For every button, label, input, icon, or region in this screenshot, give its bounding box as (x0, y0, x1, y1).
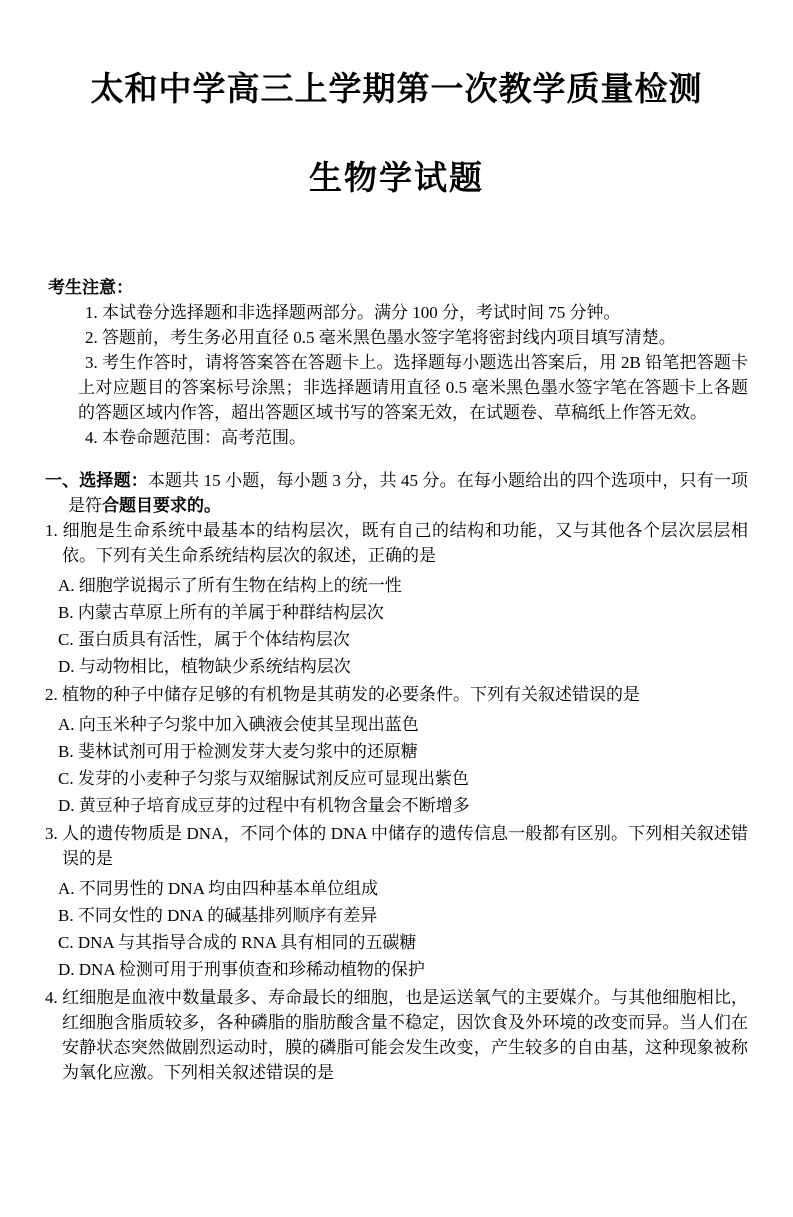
page-subtitle: 生物学试题 (45, 161, 748, 197)
notice-item: 4. 本卷命题范围：高考范围。 (45, 425, 748, 450)
option-item: A. 不同男性的 DNA 均由四种基本单位组成 (58, 876, 748, 901)
exam-paper-page: 太和中学高三上学期第一次教学质量检测 生物学试题 考生注意： 1. 本试卷分选择… (0, 0, 793, 1217)
option-item: B. 不同女性的 DNA 的碱基排列顺序有差异 (58, 903, 748, 928)
question-stem: 1. 细胞是生命系统中最基本的结构层次，既有自己的结构和功能，又与其他各个层次层… (45, 518, 748, 568)
option-item: A. 细胞学说揭示了所有生物在结构上的统一性 (58, 573, 748, 598)
section-heading: 一、选择题：本题共 15 小题，每小题 3 分，共 45 分。在每小题给出的四个… (45, 468, 748, 518)
notice-item: 2. 答题前，考生务必用直径 0.5 毫米黑色墨水签字笔将密封线内项目填写清楚。 (45, 325, 748, 350)
option-item: C. 发芽的小麦种子匀浆与双缩脲试剂反应可显现出紫色 (58, 766, 748, 791)
section-label: 一、选择题： (45, 471, 148, 490)
option-item: B. 斐林试剂可用于检测发芽大麦匀浆中的还原糖 (58, 739, 748, 764)
question-stem: 4. 红细胞是血液中数量最多、寿命最长的细胞，也是运送氧气的主要媒介。与其他细胞… (45, 985, 748, 1085)
option-item: D. DNA 检测可用于刑事侦查和珍稀动植物的保护 (58, 957, 748, 982)
section-intro-bold: 合题目要求的。 (102, 496, 221, 515)
notice-item: 1. 本试卷分选择题和非选择题两部分。满分 100 分，考试时间 75 分钟。 (45, 300, 748, 325)
option-item: C. 蛋白质具有活性，属于个体结构层次 (58, 627, 748, 652)
question-stem: 2. 植物的种子中储存足够的有机物是其萌发的必要条件。下列有关叙述错误的是 (45, 682, 748, 707)
options-group: A. 向玉米种子匀浆中加入碘液会使其呈现出蓝色 B. 斐林试剂可用于检测发芽大麦… (45, 712, 748, 818)
option-item: D. 黄豆种子培育成豆芽的过程中有机物含量会不断增多 (58, 793, 748, 818)
notice-item: 3. 考生作答时，请将答案答在答题卡上。选择题每小题选出答案后，用 2B 铅笔把… (45, 350, 748, 425)
option-item: B. 内蒙古草原上所有的羊属于种群结构层次 (58, 600, 748, 625)
question-block: 1. 细胞是生命系统中最基本的结构层次，既有自己的结构和功能，又与其他各个层次层… (45, 518, 748, 679)
question-block: 3. 人的遗传物质是 DNA，不同个体的 DNA 中储存的遗传信息一般都有区别。… (45, 821, 748, 982)
option-item: D. 与动物相比，植物缺少系统结构层次 (58, 654, 748, 679)
option-item: A. 向玉米种子匀浆中加入碘液会使其呈现出蓝色 (58, 712, 748, 737)
page-title: 太和中学高三上学期第一次教学质量检测 (45, 0, 748, 108)
notice-heading: 考生注意： (48, 275, 748, 300)
question-block: 2. 植物的种子中储存足够的有机物是其萌发的必要条件。下列有关叙述错误的是 A.… (45, 682, 748, 818)
options-group: A. 不同男性的 DNA 均由四种基本单位组成 B. 不同女性的 DNA 的碱基… (45, 876, 748, 982)
options-group: A. 细胞学说揭示了所有生物在结构上的统一性 B. 内蒙古草原上所有的羊属于种群… (45, 573, 748, 679)
question-stem: 3. 人的遗传物质是 DNA，不同个体的 DNA 中储存的遗传信息一般都有区别。… (45, 821, 748, 871)
option-item: C. DNA 与其指导合成的 RNA 具有相同的五碳糖 (58, 930, 748, 955)
question-block: 4. 红细胞是血液中数量最多、寿命最长的细胞，也是运送氧气的主要媒介。与其他细胞… (45, 985, 748, 1085)
candidate-notice: 考生注意： 1. 本试卷分选择题和非选择题两部分。满分 100 分，考试时间 7… (45, 275, 748, 450)
